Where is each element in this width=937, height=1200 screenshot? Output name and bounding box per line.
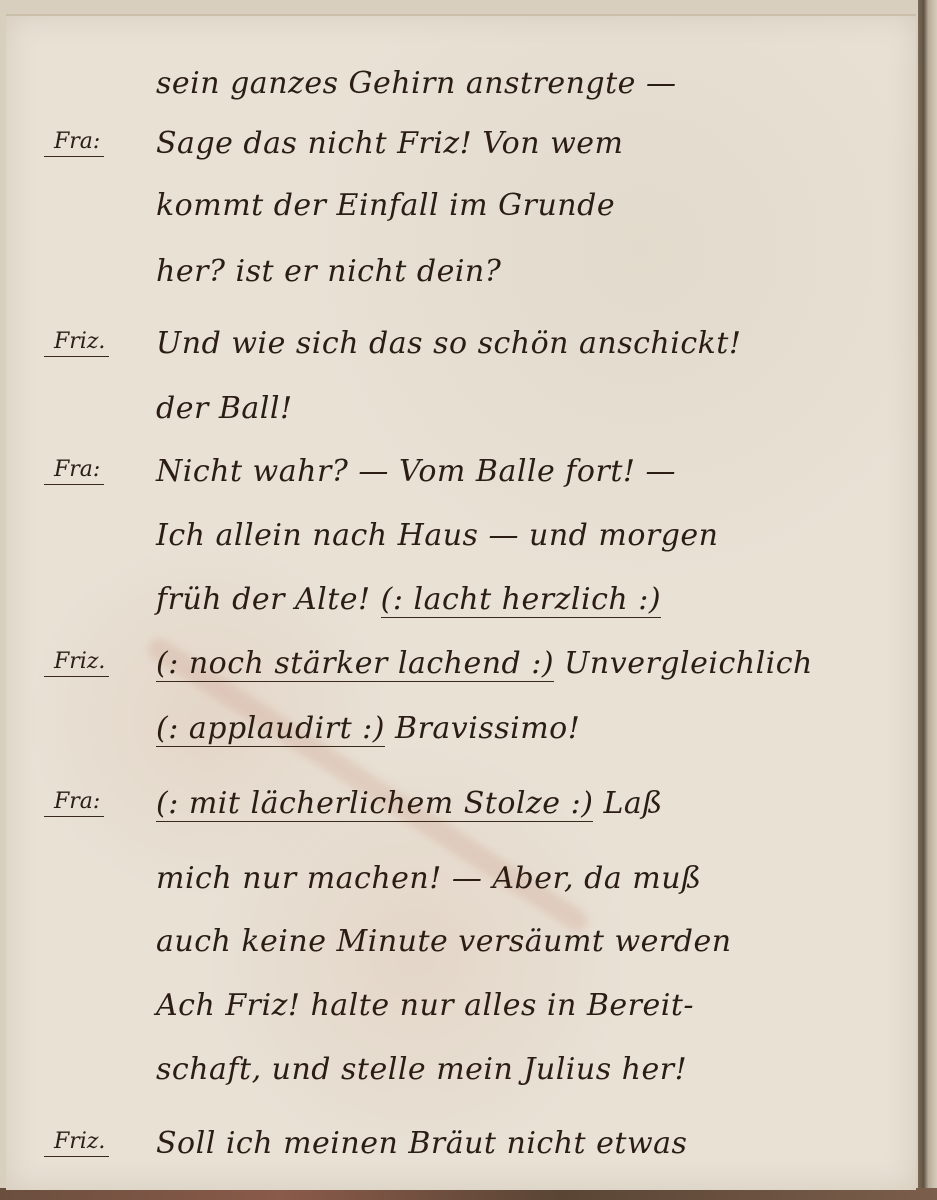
line-text: sein ganzes Gehirn anstrengte — <box>156 64 676 104</box>
speaker-label: Friz. <box>44 1128 109 1157</box>
line-text: mich nur machen! — Aber, da muß <box>156 859 702 899</box>
manuscript-line: Fra: (: mit lächerlichem Stolze :) Laß <box>6 774 916 830</box>
line-text: kommt der Einfall im Grunde <box>156 186 615 226</box>
line-text-part: Unvergleichlich <box>554 646 813 681</box>
line-text: Soll ich meinen Bräut nicht etwas <box>156 1124 687 1164</box>
manuscript-line: Ach Friz! halte nur alles in Bereit- <box>6 976 916 1032</box>
line-text: (: mit lächerlichem Stolze :) Laß <box>156 784 663 824</box>
line-text: Und wie sich das so schön anschickt! <box>156 324 741 364</box>
manuscript-line: der Ball! <box>6 379 916 435</box>
manuscript-line: auch keine Minute versäumt werden <box>6 912 916 968</box>
manuscript-line: (: applaudirt :) Bravissimo! <box>6 699 916 755</box>
manuscript-page: sein ganzes Gehirn anstrengte — Fra: Sag… <box>6 14 916 1190</box>
line-text: her? ist er nicht dein? <box>156 252 501 292</box>
speaker-label: Fra: <box>44 456 104 485</box>
manuscript-line: her? ist er nicht dein? <box>6 242 916 298</box>
manuscript-line: Fra: Sage das nicht Friz! Von wem <box>6 114 916 170</box>
stage-direction: (: applaudirt :) <box>156 711 385 747</box>
speaker-label: Fra: <box>44 788 104 817</box>
line-text: (: noch stärker lachend :) Unvergleichli… <box>156 644 813 684</box>
stage-direction: (: lacht herzlich :) <box>381 582 661 618</box>
manuscript-line: Friz. (: noch stärker lachend :) Unvergl… <box>6 634 916 690</box>
speaker-label: Fra: <box>44 128 104 157</box>
speaker-label: Friz. <box>44 648 109 677</box>
manuscript-line: Ich allein nach Haus — und morgen <box>6 506 916 562</box>
line-text: (: applaudirt :) Bravissimo! <box>156 709 580 749</box>
manuscript-line: kommt der Einfall im Grunde <box>6 176 916 232</box>
line-text: schaft, und stelle mein Julius her! <box>156 1050 687 1090</box>
line-text: Nicht wahr? — Vom Balle fort! — <box>156 452 676 492</box>
line-text: der Ball! <box>156 389 293 429</box>
binding-gutter <box>918 0 937 1200</box>
manuscript-line: Fra: Nicht wahr? — Vom Balle fort! — <box>6 442 916 498</box>
manuscript-line: früh der Alte! (: lacht herzlich :) <box>6 570 916 626</box>
manuscript-line: Friz. Soll ich meinen Bräut nicht etwas <box>6 1114 916 1170</box>
line-text: Ach Friz! halte nur alles in Bereit- <box>156 986 694 1026</box>
manuscript-line: Friz. Und wie sich das so schön anschick… <box>6 314 916 370</box>
page-top-edge <box>6 14 916 16</box>
stage-direction: (: noch stärker lachend :) <box>156 646 554 682</box>
line-text-part: Bravissimo! <box>385 711 580 746</box>
line-text: früh der Alte! (: lacht herzlich :) <box>156 580 661 620</box>
line-text-part: Laß <box>593 786 662 821</box>
line-text: auch keine Minute versäumt werden <box>156 922 732 962</box>
line-text: Sage das nicht Friz! Von wem <box>156 124 623 164</box>
line-text: Ich allein nach Haus — und morgen <box>156 516 719 556</box>
manuscript-line: mich nur machen! — Aber, da muß <box>6 849 916 905</box>
manuscript-line: sein ganzes Gehirn anstrengte — <box>6 54 916 110</box>
line-text-part: früh der Alte! <box>156 582 381 617</box>
stage-direction: (: mit lächerlichem Stolze :) <box>156 786 593 822</box>
speaker-label: Friz. <box>44 328 109 357</box>
manuscript-line: schaft, und stelle mein Julius her! <box>6 1040 916 1096</box>
